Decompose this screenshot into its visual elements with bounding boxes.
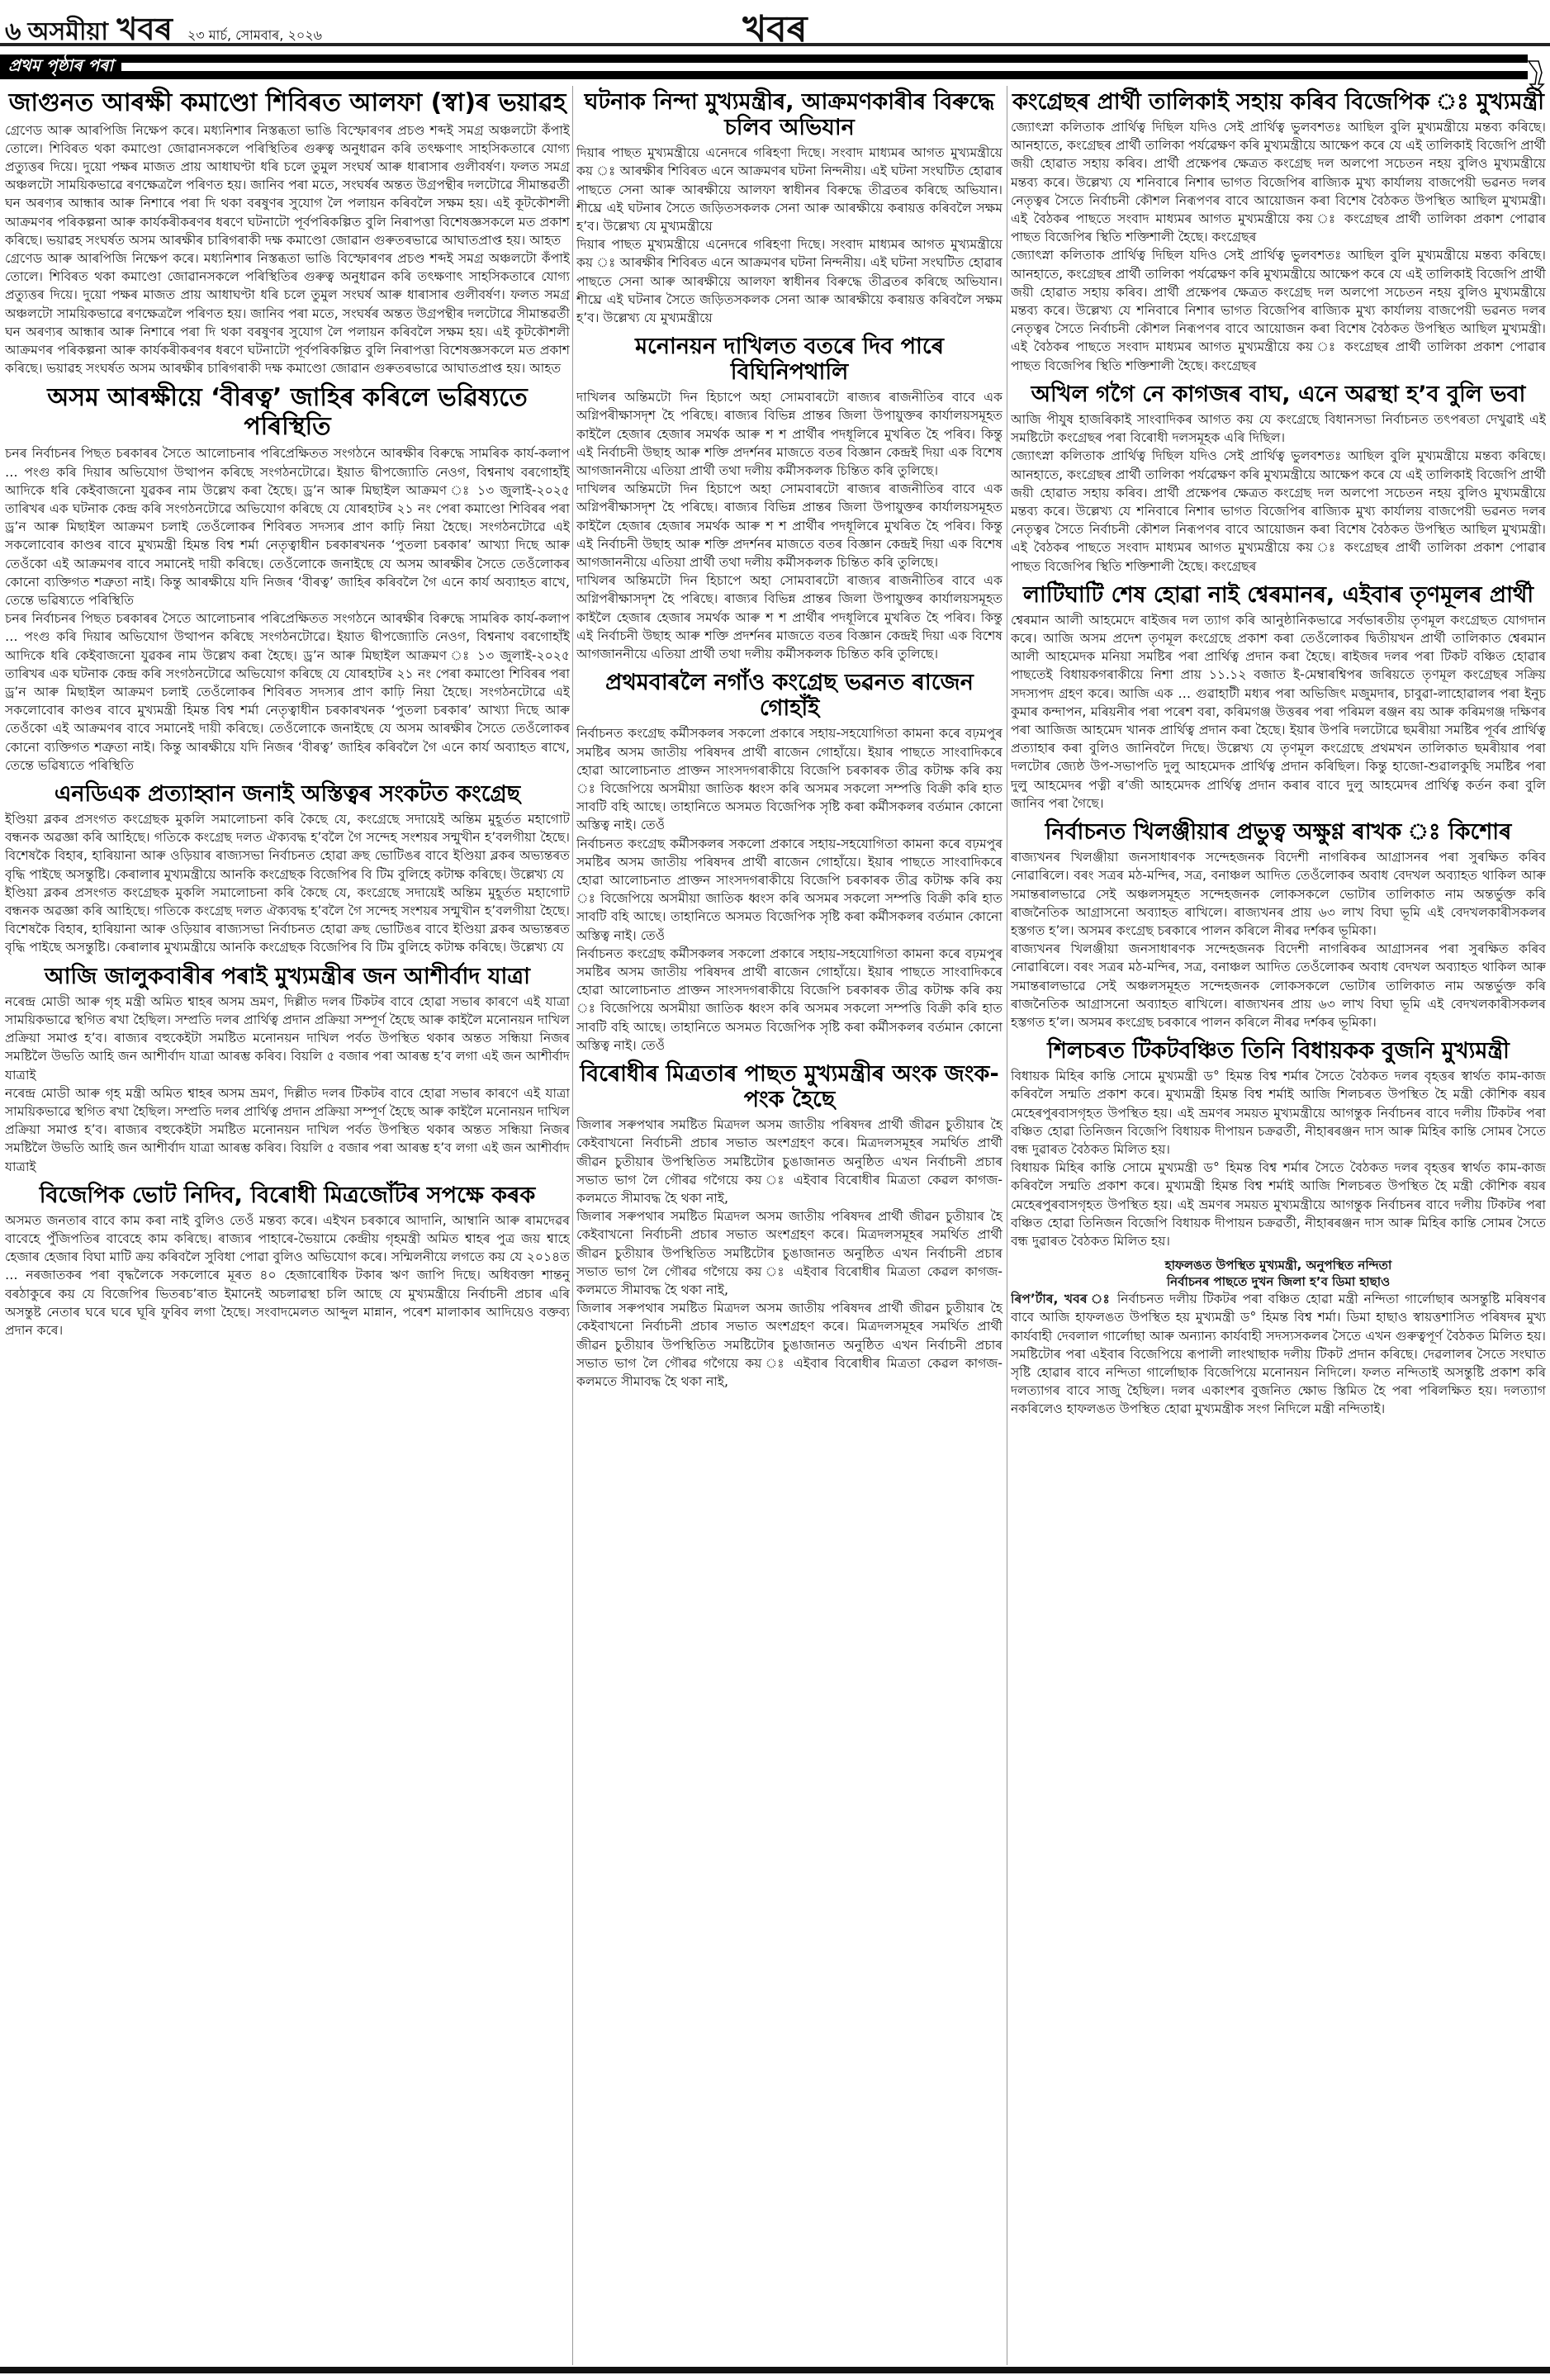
headline: অসম আৰক্ষীয়ে ‘বীৰত্ব’ জাহিৰ কৰিলে ভৱিষ্… [5,384,570,441]
article-body: বিধায়ক মিহিৰ কান্তি সোমে মুখ্যমন্ত্ৰী ড… [1011,1067,1546,1159]
article-body: ৰাজ্যখনৰ খিলঞ্জীয়া জনসাধাৰণক সন্দেহজনক … [1011,848,1546,940]
subheadline: নিৰ্বাচনৰ পাছতে দুখন জিলা হ’ব ডিমা হাছাও [1011,1273,1546,1290]
article-dont-vote-bjp: বিজেপিক ভোট নিদিব, বিৰোধী মিত্ৰজোঁটৰ সপক… [5,1183,570,1339]
article-dima-hasao: হাফলঙত উপস্থিত মুখ্যমন্ত্ৰী, অনুপস্থিত ন… [1011,1257,1546,1418]
headline: অখিল গগৈ নে কাগজৰ বাঘ, এনে অৱস্থা হ’ব বু… [1011,382,1546,407]
headline: বিজেপিক ভোট নিদিব, বিৰোধী মিত্ৰজোঁটৰ সপক… [5,1183,570,1208]
article-akhil-gogoi: অখিল গগৈ নে কাগজৰ বাঘ, এনে অৱস্থা হ’ব বু… [1011,382,1546,576]
headline: আজি জালুকবাৰীৰ পৰাই মুখ্যমন্ত্ৰীৰ জন আশী… [5,964,570,989]
page-title: খবৰ [0,2,1550,62]
article-rajen-gohain: প্ৰথমবাৰলৈ নগাঁও কংগ্ৰেছ ভৱনত ৰাজেন গোহা… [576,670,1003,1055]
article-body: দিয়াৰ পাছত মুখ্যমন্ত্ৰীয়ে এনেদৰে গৰিহণ… [576,144,1003,235]
headline: প্ৰথমবাৰলৈ নগাঁও কংগ্ৰেছ ভৱনত ৰাজেন গোহা… [576,670,1003,721]
article-body: ইণ্ডিয়া ব্লকৰ প্ৰসংগত কংগ্ৰেছক মুকলি সম… [5,810,570,884]
article-body-continued: গ্ৰেণেড আৰু আৰপিজি নিক্ষেপ কৰে। মধ্যনিশা… [5,249,570,377]
article-body-continued: দাখিলৰ অন্তিমটো দিন হিচাপে অহা সোমবাৰটো … [576,571,1003,663]
section-label: প্ৰথম পৃষ্ঠাৰ পৰা [0,54,121,81]
article-police-valour: অসম আৰক্ষীয়ে ‘বীৰত্ব’ জাহিৰ কৰিলে ভৱিষ্… [5,384,570,775]
article-jan-ashirbad-yatra: আজি জালুকবাৰীৰ পৰাই মুখ্যমন্ত্ৰীৰ জন আশী… [5,964,570,1176]
section-stripe [121,61,1528,73]
article-silchar-mlas: শিলচৰত টিকটবঞ্চিত তিনি বিধায়কক বুজনি মু… [1011,1038,1546,1250]
headline: লাটিঘাটি শেষ হোৱা নাই শ্বেৰমানৰ, এইবাৰ ত… [1011,582,1546,608]
article-weather-nomination: মনোনয়ন দাখিলত বতৰে দিব পাৰে বিঘিনিপথালি… [576,334,1003,663]
article-congress-candidate-list: কংগ্ৰেছৰ প্ৰাৰ্থী তালিকাই সহায় কৰিব বিজ… [1011,89,1546,375]
article-text: নিৰ্বাচনত দলীয় টিকটৰ পৰা বঞ্চিত হোৱা মন… [1011,1292,1546,1416]
article-opposition-alliance: বিৰোধীৰ মিত্ৰতাৰ পাছত মুখ্যমন্ত্ৰীৰ অংক … [576,1061,1003,1391]
article-body: দাখিলৰ অন্তিমটো দিন হিচাপে অহা সোমবাৰটো … [576,388,1003,480]
headline: শিলচৰত টিকটবঞ্চিত তিনি বিধায়কক বুজনি মু… [1011,1038,1546,1064]
article-body-continued: নিৰ্বাচনত কংগ্ৰেছ কৰ্মীসকলৰ সকলো প্ৰকাৰে… [576,945,1003,1055]
article-body: চনৰ নিৰ্বাচনৰ পিছত চৰকাৰৰ সৈতে আলোচনাৰ প… [5,444,570,609]
article-body-continued: জিলাৰ সৰুপথাৰ সমষ্টিত মিত্ৰদল অসম জাতীয়… [576,1299,1003,1391]
column-middle: ঘটনাক নিন্দা মুখ্যমন্ত্ৰীৰ, আক্ৰমণকাৰীৰ … [576,86,1003,2363]
article-body-continued: দাখিলৰ অন্তিমটো দিন হিচাপে অহা সোমবাৰটো … [576,480,1003,571]
column-right: কংগ্ৰেছৰ প্ৰাৰ্থী তালিকাই সহায় কৰিব বিজ… [1011,86,1546,2363]
article-body: শ্বেৰমান আলী আহমেদে ৰাইজৰ দল ত্যাগ কৰি আ… [1011,611,1546,813]
article-body: নৰেন্দ্ৰ মোডী আৰু গৃহ মন্ত্ৰী অমিত শ্বাহ… [5,993,570,1084]
article-body: আজি পীযুষ হাজৰিকাই সাংবাদিকৰ আগত কয় যে … [1011,410,1546,447]
article-body: নিৰ্বাচনত কংগ্ৰেছ কৰ্মীসকলৰ সকলো প্ৰকাৰে… [576,724,1003,834]
article-body-continued: নৰেন্দ্ৰ মোডী আৰু গৃহ মন্ত্ৰী অমিত শ্বাহ… [5,1084,570,1176]
article-body: ৰিপ’ৰ্টাৰ, খবৰ ঃ নিৰ্বাচনত দলীয় টিকটৰ প… [1011,1290,1546,1418]
article-congress-crisis: এনডিএক প্ৰত্যাহ্বান জনাই অস্তিত্বৰ সংকটত… [5,781,570,957]
headline: মনোনয়ন দাখিলত বতৰে দিব পাৰে বিঘিনিপথালি [576,334,1003,385]
headline: কংগ্ৰেছৰ প্ৰাৰ্থী তালিকাই সহায় কৰিব বিজ… [1011,89,1546,115]
headline: বিৰোধীৰ মিত্ৰতাৰ পাছত মুখ্যমন্ত্ৰীৰ অংক … [576,1061,1003,1112]
masthead-rule [0,43,1550,46]
article-body: জ্যোৎস্না কলিতাক প্ৰাৰ্থিত্ব দিছিল যদিও … [1011,118,1546,246]
article-cm-condemns: ঘটনাক নিন্দা মুখ্যমন্ত্ৰীৰ, আক্ৰমণকাৰীৰ … [576,89,1003,327]
article-body: অসমত জনতাৰ বাবে কাম কৰা নাই বুলিও তেওঁ ম… [5,1211,570,1339]
article-body: জিলাৰ সৰুপথাৰ সমষ্টিত মিত্ৰদল অসম জাতীয়… [576,1116,1003,1207]
article-body-continued: চনৰ নিৰ্বাচনৰ পিছত চৰকাৰৰ সৈতে আলোচনাৰ প… [5,609,570,775]
column-left: জাগুনত আৰক্ষী কমাণ্ডো শিবিৰত আলফা (স্বা)… [5,86,570,2363]
article-body-continued: জ্যোৎস্না কলিতাক প্ৰাৰ্থিত্ব দিছিল যদিও … [1011,447,1546,575]
dateline: ৰিপ’ৰ্টাৰ, খবৰ ঃ [1011,1292,1112,1306]
article-body-continued: বিধায়ক মিহিৰ কান্তি সোমে মুখ্যমন্ত্ৰী ড… [1011,1159,1546,1250]
article-body-continued: জিলাৰ সৰুপথাৰ সমষ্টিত মিত্ৰদল অসম জাতীয়… [576,1207,1003,1299]
kicker: হাফলঙত উপস্থিত মুখ্যমন্ত্ৰী, অনুপস্থিত ন… [1011,1257,1546,1273]
article-sherman-tmc: লাটিঘাটি শেষ হোৱা নাই শ্বেৰমানৰ, এইবাৰ ত… [1011,582,1546,813]
article-body-continued: নিৰ্বাচনত কংগ্ৰেছ কৰ্মীসকলৰ সকলো প্ৰকাৰে… [576,835,1003,945]
headline: নিৰ্বাচনত খিলঞ্জীয়াৰ প্ৰভুত্ব অক্ষুণ্ণ … [1011,819,1546,845]
headline: এনডিএক প্ৰত্যাহ্বান জনাই অস্তিত্বৰ সংকটত… [5,781,570,807]
column-divider [572,86,573,2365]
headline: জাগুনত আৰক্ষী কমাণ্ডো শিবিৰত আলফা (স্বা)… [5,89,570,118]
article-body-continued: জ্যোৎস্না কলিতাক প্ৰাৰ্থিত্ব দিছিল যদিও … [1011,246,1546,374]
article-body-continued: ইণ্ডিয়া ব্লকৰ প্ৰসংগত কংগ্ৰেছক মুকলি সম… [5,884,570,957]
article-body-continued: দিয়াৰ পাছত মুখ্যমন্ত্ৰীয়ে এনেদৰে গৰিহণ… [576,235,1003,327]
article-alfa-attack: জাগুনত আৰক্ষী কমাণ্ডো শিবিৰত আলফা (স্বা)… [5,89,570,377]
column-divider [1007,86,1007,2365]
article-body: গ্ৰেণেড আৰু আৰপিজি নিক্ষেপ কৰে। মধ্যনিশা… [5,121,570,249]
section-bar: প্ৰথম পৃষ্ঠাৰ পৰা [0,55,1528,79]
headline: ঘটনাক নিন্দা মুখ্যমন্ত্ৰীৰ, আক্ৰমণকাৰীৰ … [576,89,1003,140]
footer-rule [0,2367,1550,2373]
article-body-continued: ৰাজ্যখনৰ খিলঞ্জীয়া জনসাধাৰণক সন্দেহজনক … [1011,940,1546,1031]
article-kishor-indigenous: নিৰ্বাচনত খিলঞ্জীয়াৰ প্ৰভুত্ব অক্ষুণ্ণ … [1011,819,1546,1031]
masthead: ৬ অসমীয়া খবৰ ২৩ মাৰ্চ, সোমবাৰ, ২০২৬ খবৰ [0,0,1550,46]
